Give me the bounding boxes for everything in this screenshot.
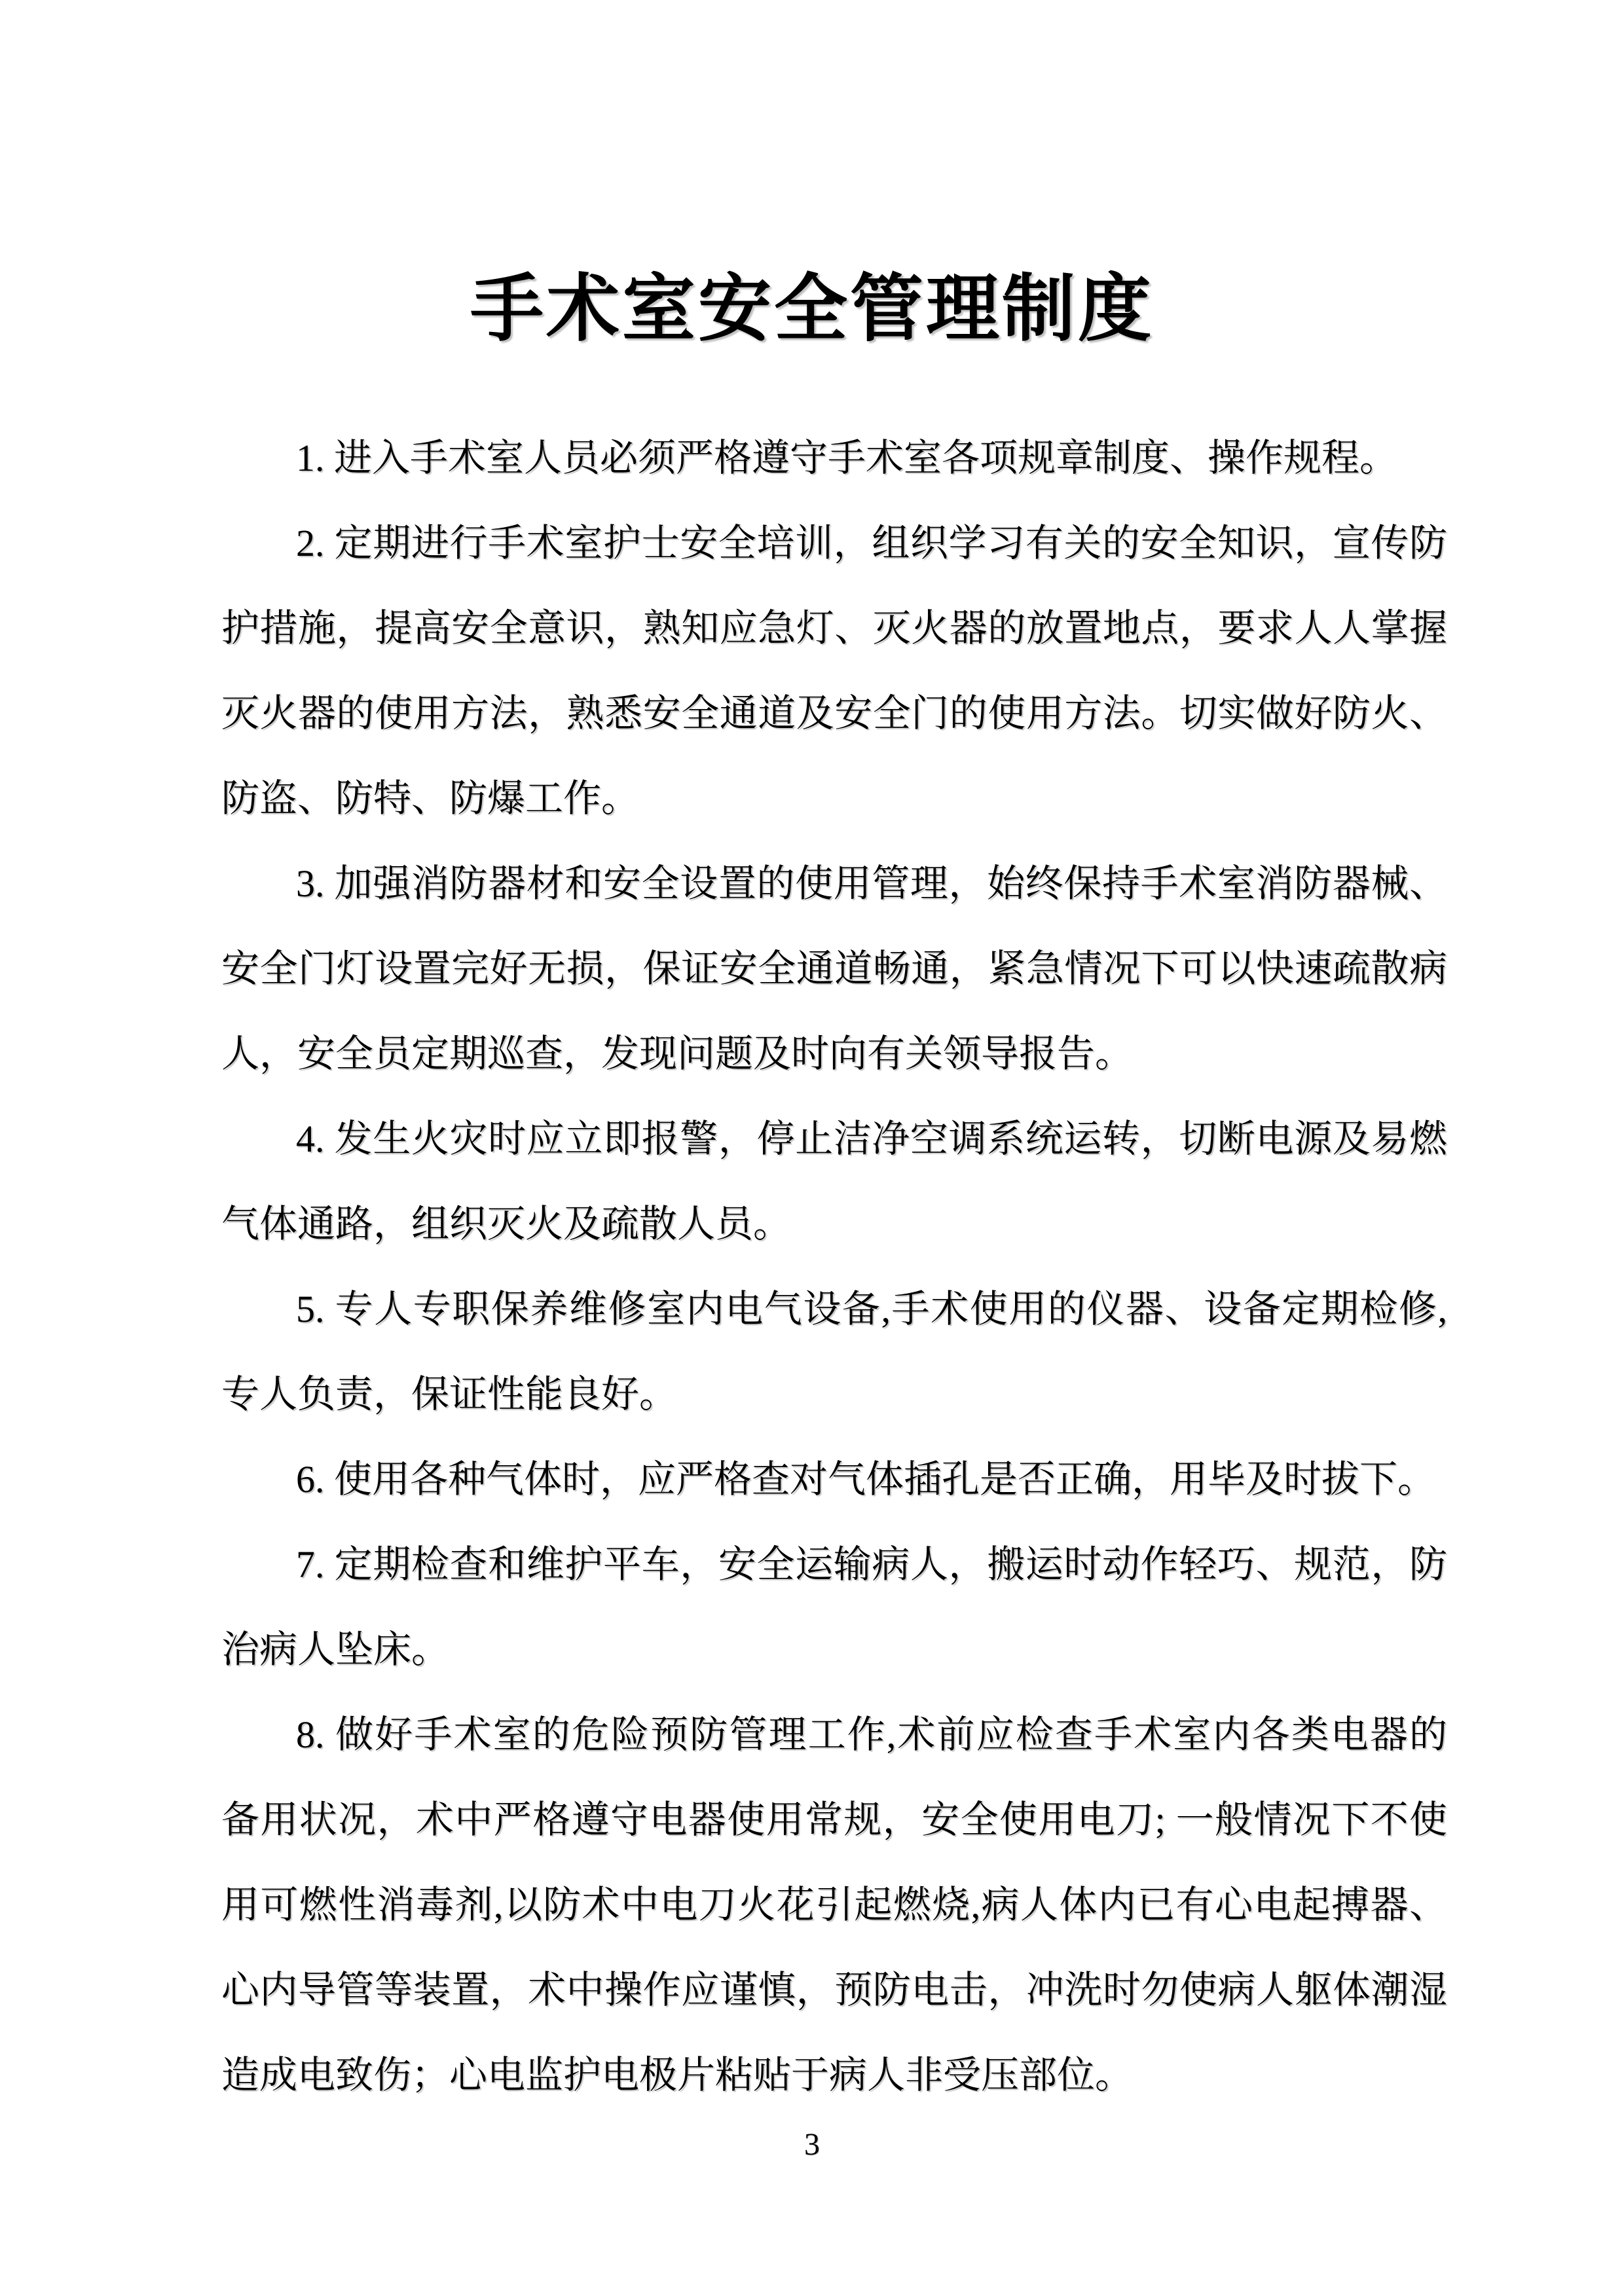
page: 手术室安全管理制度 1. 进入手术室人员必须严格遵守手术室各项规章制度、操作规程… [0, 0, 1624, 2296]
text-line: 用可燃性消毒剂,以防术中电刀火花引起燃烧,病人体内已有心电起搏器、 [221, 1863, 1447, 1948]
text-line: 1. 进入手术室人员必须严格遵守手术室各项规章制度、操作规程。 [221, 416, 1447, 501]
text-line: 人，安全员定期巡查，发现问题及时向有关领导报告。 [221, 1011, 1447, 1097]
text-line: 6. 使用各种气体时，应严格查对气体插孔是否正确，用毕及时拔下。 [221, 1437, 1447, 1522]
text-line: 5. 专人专职保养维修室内电气设备,手术使用的仪器、设备定期检修, [221, 1267, 1447, 1352]
paragraph: 6. 使用各种气体时，应严格查对气体插孔是否正确，用毕及时拔下。 [221, 1437, 1447, 1522]
text-line: 造成电致伤；心电监护电极片粘贴于病人非受压部位。 [221, 2033, 1447, 2118]
text-line: 心内导管等装置，术中操作应谨慎，预防电击，冲洗时勿使病人躯体潮湿 [221, 1948, 1447, 2033]
text-line: 灭火器的使用方法，熟悉安全通道及安全门的使用方法。切实做好防火、 [221, 671, 1447, 756]
paragraph: 1. 进入手术室人员必须严格遵守手术室各项规章制度、操作规程。 [221, 416, 1447, 501]
text-line: 护措施，提高安全意识，熟知应急灯、灭火器的放置地点，要求人人掌握 [221, 586, 1447, 671]
text-line: 气体通路，组织灭火及疏散人员。 [221, 1182, 1447, 1267]
document-title: 手术室安全管理制度 [0, 267, 1624, 352]
paragraph: 7. 定期检查和维护平车，安全运输病人，搬运时动作轻巧、规范，防治病人坠床。 [221, 1522, 1447, 1692]
text-line: 2. 定期进行手术室护士安全培训，组织学习有关的安全知识，宣传防 [221, 501, 1447, 586]
paragraph: 8. 做好手术室的危险预防管理工作,术前应检查手术室内各类电器的备用状况，术中严… [221, 1692, 1447, 2118]
text-line: 8. 做好手术室的危险预防管理工作,术前应检查手术室内各类电器的 [221, 1692, 1447, 1777]
text-line: 安全门灯设置完好无损，保证安全通道畅通，紧急情况下可以快速疏散病 [221, 926, 1447, 1011]
text-line: 3. 加强消防器材和安全设置的使用管理，始终保持手术室消防器械、 [221, 841, 1447, 926]
text-line: 治病人坠床。 [221, 1607, 1447, 1692]
text-line: 备用状况，术中严格遵守电器使用常规，安全使用电刀; 一般情况下不使 [221, 1777, 1447, 1863]
text-line: 专人负责，保证性能良好。 [221, 1352, 1447, 1437]
document-body: 1. 进入手术室人员必须严格遵守手术室各项规章制度、操作规程。2. 定期进行手术… [221, 416, 1447, 2118]
paragraph: 4. 发生火灾时应立即报警，停止洁净空调系统运转，切断电源及易燃气体通路，组织灭… [221, 1097, 1447, 1267]
text-line: 7. 定期检查和维护平车，安全运输病人，搬运时动作轻巧、规范，防 [221, 1522, 1447, 1607]
paragraph: 3. 加强消防器材和安全设置的使用管理，始终保持手术室消防器械、安全门灯设置完好… [221, 841, 1447, 1097]
paragraph: 5. 专人专职保养维修室内电气设备,手术使用的仪器、设备定期检修,专人负责，保证… [221, 1267, 1447, 1437]
text-line: 防盗、防特、防爆工作。 [221, 756, 1447, 841]
text-line: 4. 发生火灾时应立即报警，停止洁净空调系统运转，切断电源及易燃 [221, 1097, 1447, 1182]
paragraph: 2. 定期进行手术室护士安全培训，组织学习有关的安全知识，宣传防护措施，提高安全… [221, 501, 1447, 841]
page-number: 3 [0, 2125, 1624, 2164]
